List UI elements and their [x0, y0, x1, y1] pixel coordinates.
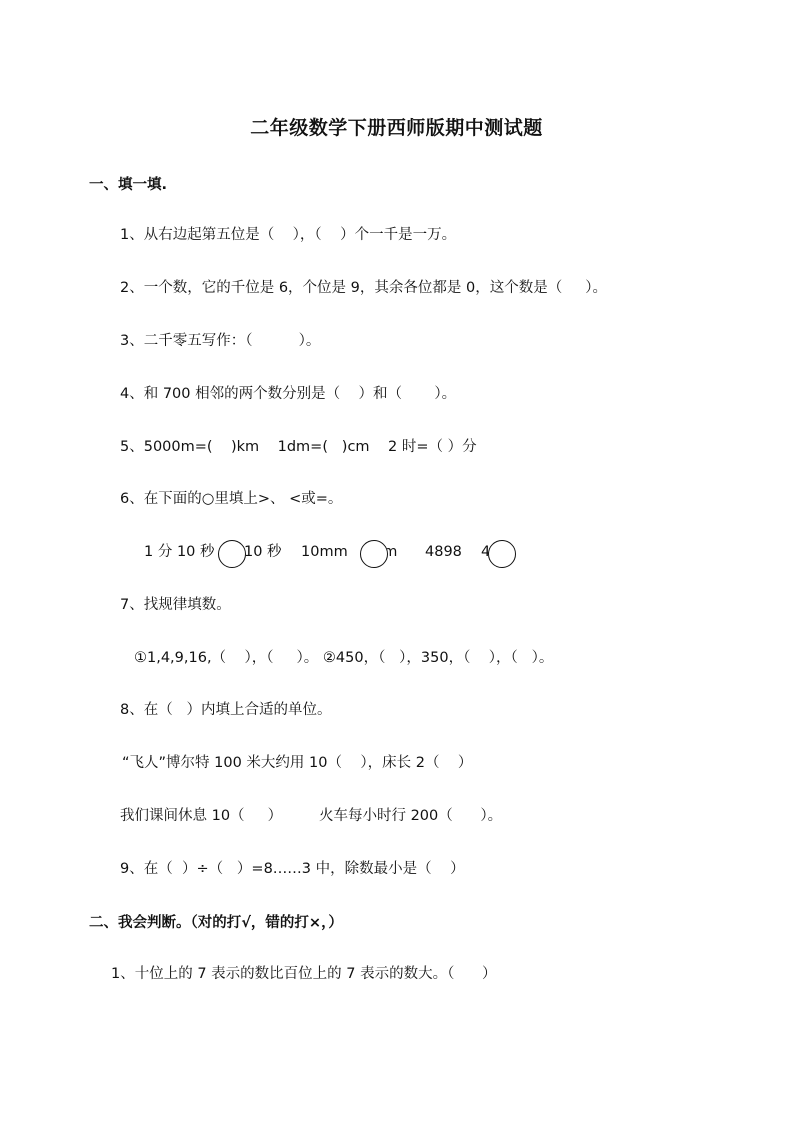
comparison-right-1: 10 秒	[244, 542, 282, 562]
comparison-left-2: 10mm	[301, 542, 348, 562]
comparison-left-3: 4898	[425, 542, 462, 562]
question-8: 8、在（ ）内填上合适的单位。	[120, 700, 332, 720]
comparison-circle-3[interactable]	[488, 540, 516, 568]
document-title: 二年级数学下册西师版期中测试题	[0, 113, 793, 140]
comparison-left-1: 1 分 10 秒	[144, 542, 215, 562]
section-heading-fill-in: 一、填一填.	[89, 173, 167, 194]
question-7: 7、找规律填数。	[120, 595, 231, 615]
question-2: 2、一个数，它的千位是 6，个位是 9，其余各位都是 0，这个数是（ ）。	[120, 278, 607, 298]
question-3: 3、二千零五写作：（ ）。	[120, 331, 320, 351]
judge-question-1: 1、十位上的 7 表示的数比百位上的 7 表示的数大。（ ）	[111, 964, 497, 984]
question-8-line-1: “飞人”博尔特 100 米大约用 10（ ），床长 2（ ）	[122, 753, 472, 773]
question-1: 1、从右边起第五位是（ ），（ ）个一千是一万。	[120, 225, 456, 245]
question-8-line-2: 我们课间休息 10（ ） 火车每小时行 200（ ）。	[120, 806, 502, 826]
question-6: 6、在下面的○里填上>、 <或=。	[120, 489, 342, 509]
question-5: 5、5000m=( )km 1dm=( )cm 2 时=（ ）分	[120, 437, 477, 457]
comparison-circle-1[interactable]	[218, 540, 246, 568]
section-heading-judge: 二、我会判断。（对的打√，错的打×，）	[89, 911, 343, 932]
question-9: 9、在（ ）÷（ ）=8……3 中，除数最小是（ ）	[120, 859, 465, 879]
question-4: 4、和 700 相邻的两个数分别是（ ）和（ ）。	[120, 384, 456, 404]
question-7-sequences: ①1,4,9,16,（ ），（ ）。 ②450，（ ），350，（ ），（ ）。	[134, 648, 553, 668]
comparison-circle-2[interactable]	[360, 540, 388, 568]
